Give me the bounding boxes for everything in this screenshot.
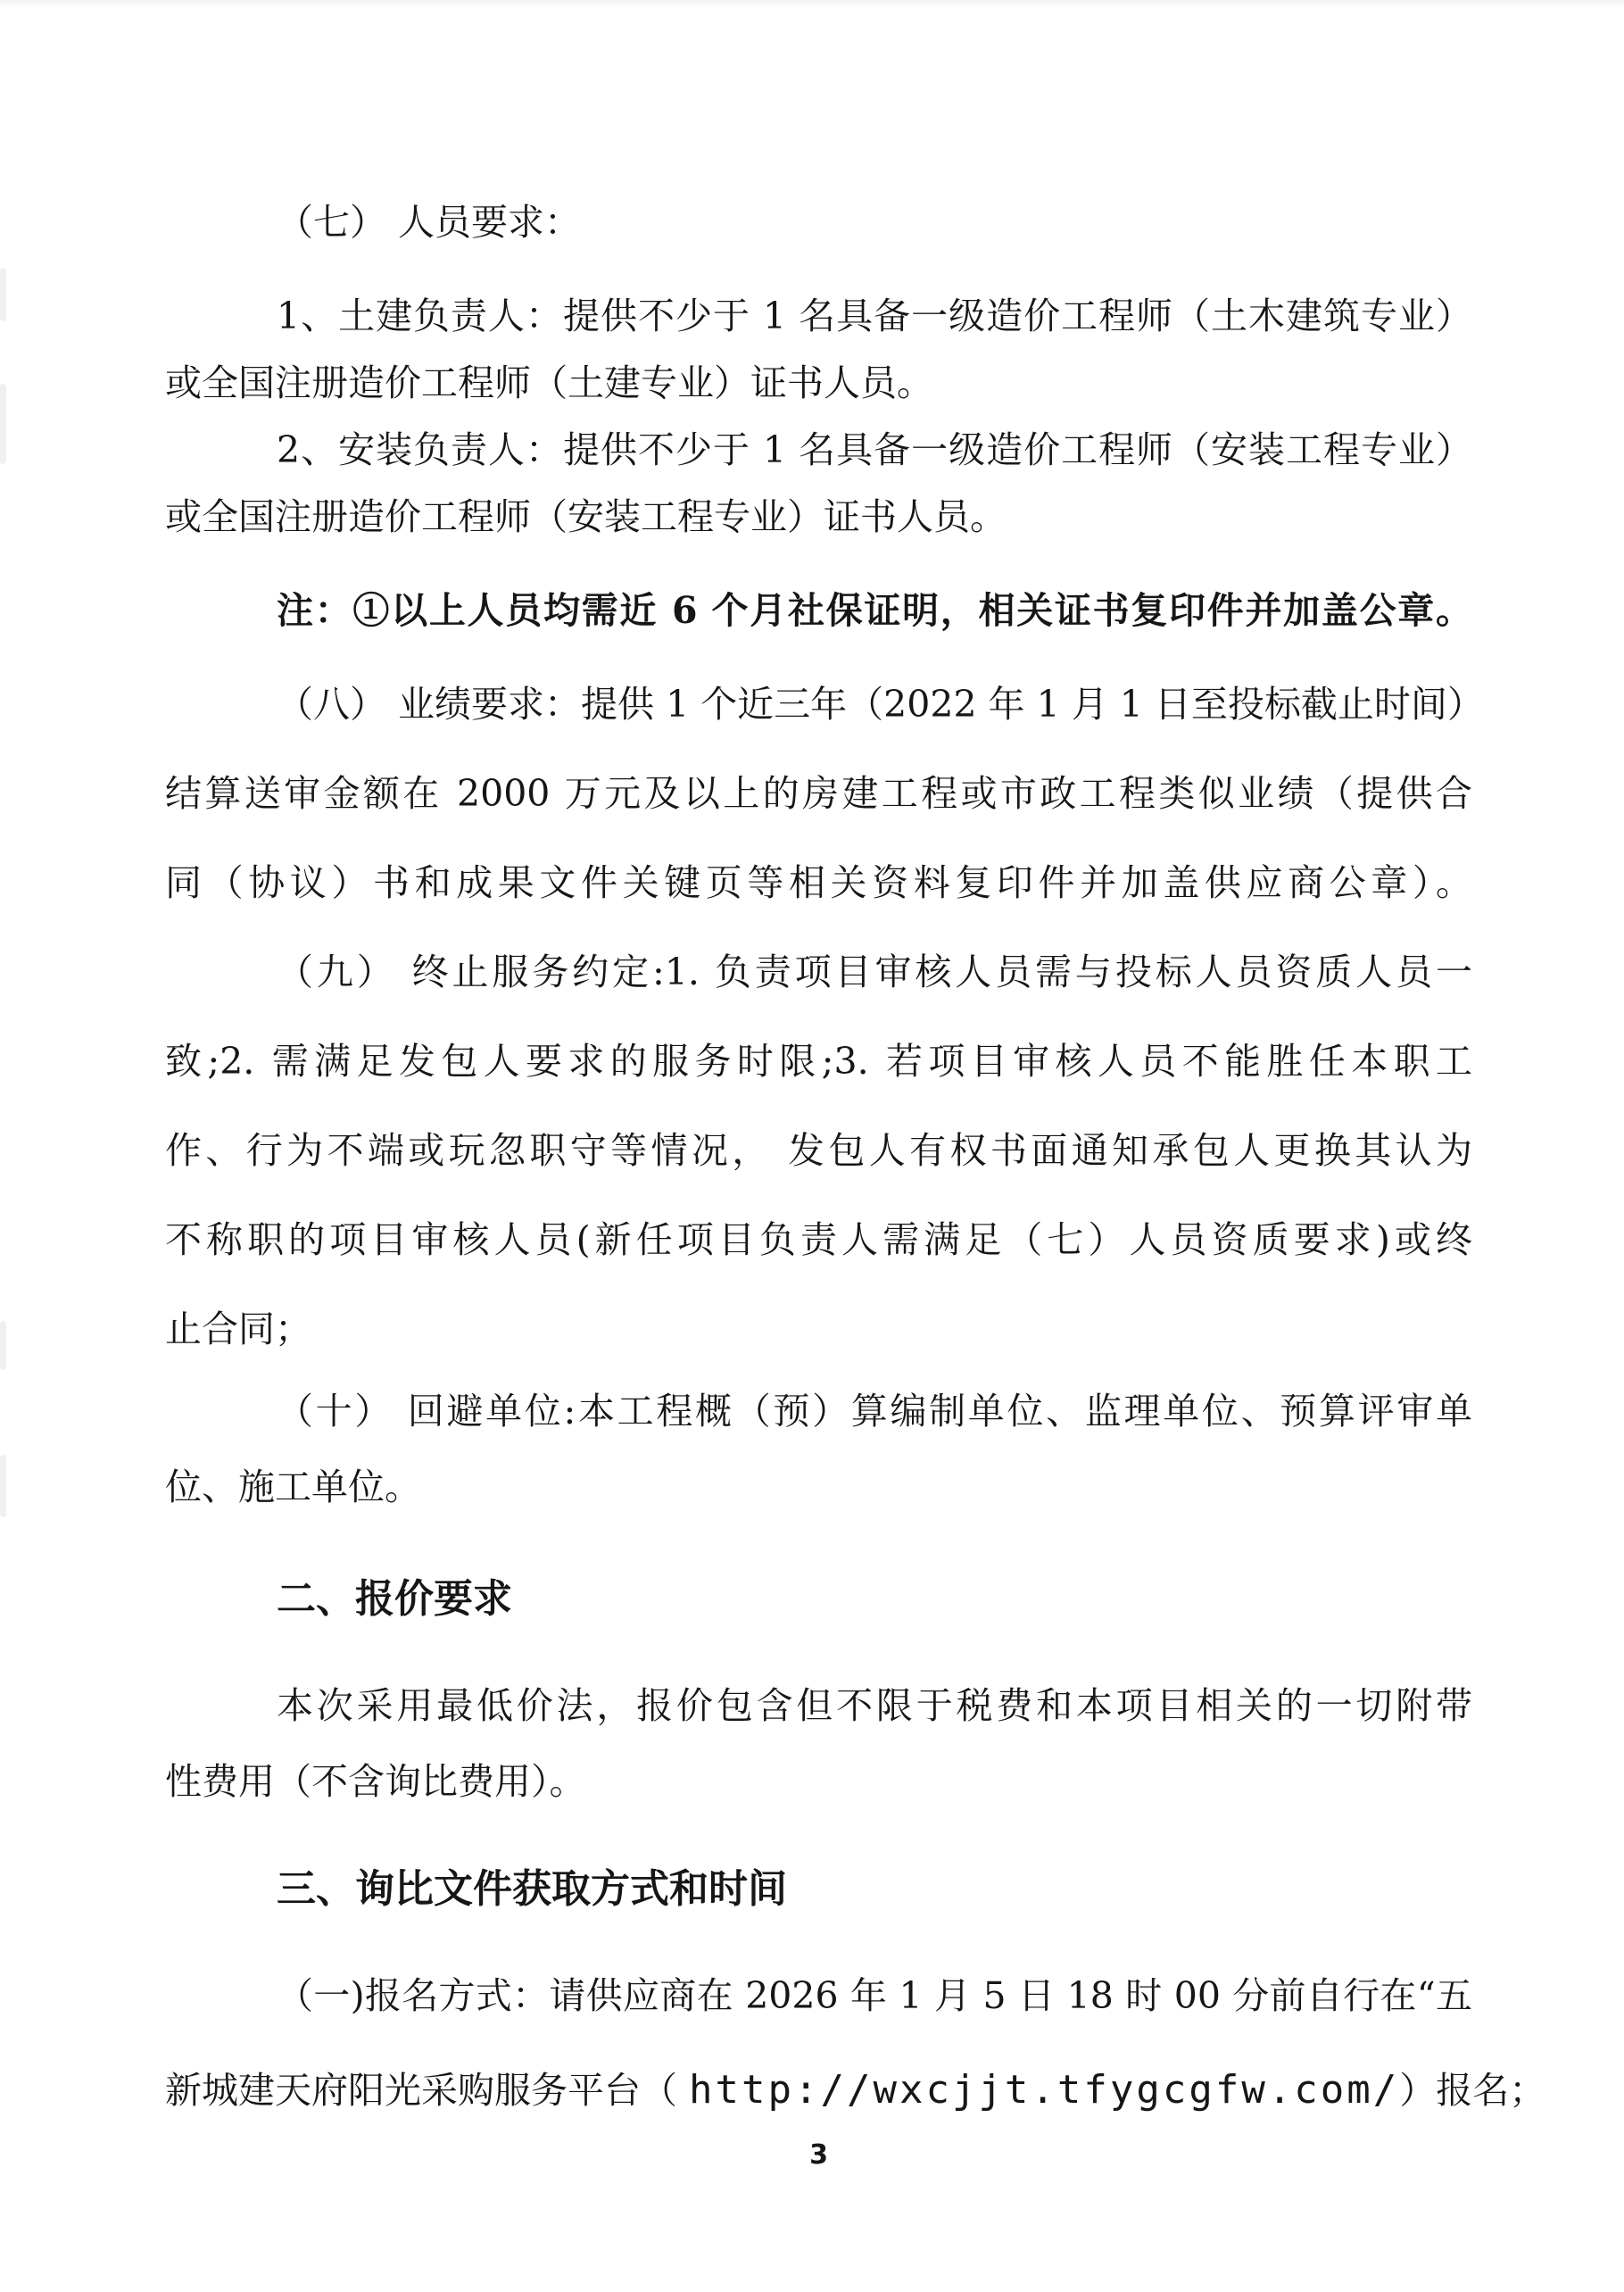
registration-platform-text: 新城建天府阳光采购服务平台（ [165, 2069, 689, 2112]
paragraph-termination-terms: （九） 终止服务约定:1. 负责项目审核人员需与投标人员资质人员一 致;2. 需… [165, 927, 1472, 1374]
section-3-heading-block: 三、询比文件获取方式和时间 [165, 1851, 1472, 1927]
document-page: （七） 人员要求： 1、土建负责人：提供不少于 1 名具备一级造价工程师（土木建… [0, 0, 1624, 2292]
page-content: （七） 人员要求： 1、土建负责人：提供不少于 1 名具备一级造价工程师（土木建… [165, 0, 1472, 2169]
paragraph-termination-line-2: 致;2. 需满足发包人要求的服务时限;3. 若项目审核人员不能胜任本职工 [165, 1017, 1472, 1106]
section-7-heading-block: （七） 人员要求： [165, 189, 1472, 256]
paragraph-install-lead-line-1: 2、安装负责人：提供不少于 1 名具备一级造价工程师（安装工程专业） [165, 417, 1472, 484]
paragraph-registration: （一)报名方式：请供应商在 2026 年 1 月 5 日 18 时 00 分前自… [165, 1949, 1472, 2138]
paragraph-termination-line-4: 不称职的项目审核人员(新任项目负责人需满足（七）人员资质要求)或终 [165, 1195, 1472, 1284]
paragraph-avoidance-line-1: （十） 回避单位:本工程概（预）算编制单位、监理单位、预算评审单 [165, 1374, 1472, 1449]
paragraph-avoidance-units: （十） 回避单位:本工程概（预）算编制单位、监理单位、预算评审单 位、施工单位。 [165, 1374, 1472, 1525]
paragraph-civil-lead-line-1: 1、土建负责人：提供不少于 1 名具备一级造价工程师（土木建筑专业） [165, 283, 1472, 350]
paragraph-avoidance-line-2: 位、施工单位。 [165, 1449, 1472, 1525]
scan-artifact [0, 384, 6, 464]
paragraph-install-lead-line-2: 或全国注册造价工程师（安装工程专业）证书人员。 [165, 484, 1472, 551]
note-line: 注：①以上人员均需近 6 个月社保证明，相关证书复印件并加盖公章。 [165, 577, 1472, 644]
paragraph-registration-line-2: 新城建天府阳光采购服务平台（ http://wxcjjt.tfygcgfw.co… [165, 2043, 1472, 2138]
paragraph-install-lead: 2、安装负责人：提供不少于 1 名具备一级造价工程师（安装工程专业） 或全国注册… [165, 417, 1472, 551]
section-2-heading: 二、报价要求 [165, 1561, 1472, 1637]
paragraph-performance-requirement: （八） 业绩要求：提供 1 个近三年（2022 年 1 月 1 日至投标截止时间… [165, 660, 1472, 927]
paragraph-termination-line-5: 止合同； [165, 1284, 1472, 1374]
paragraph-performance-line-2: 结算送审金额在 2000 万元及以上的房建工程或市政工程类似业绩（提供合 [165, 749, 1472, 838]
paragraph-pricing-line-1: 本次采用最低价法，报价包含但不限于税费和本项目相关的一切附带 [165, 1668, 1472, 1744]
section-3-heading: 三、询比文件获取方式和时间 [165, 1851, 1472, 1927]
registration-tail-text: ）报名； [1399, 2069, 1545, 2112]
scan-artifact [0, 1321, 6, 1370]
paragraph-pricing-line-2: 性费用（不含询比费用）。 [165, 1744, 1472, 1820]
paragraph-pricing: 本次采用最低价法，报价包含但不限于税费和本项目相关的一切附带 性费用（不含询比费… [165, 1668, 1472, 1820]
paragraph-performance-line-3: 同（协议）书和成果文件关键页等相关资料复印件并加盖供应商公章）。 [165, 838, 1472, 927]
paragraph-registration-line-1: （一)报名方式：请供应商在 2026 年 1 月 5 日 18 时 00 分前自… [165, 1949, 1472, 2043]
paragraph-performance-line-1: （八） 业绩要求：提供 1 个近三年（2022 年 1 月 1 日至投标截止时间… [165, 660, 1472, 749]
section-2-heading-block: 二、报价要求 [165, 1561, 1472, 1637]
note-block: 注：①以上人员均需近 6 个月社保证明，相关证书复印件并加盖公章。 [165, 577, 1472, 644]
scan-artifact [0, 268, 6, 321]
paragraph-termination-line-1: （九） 终止服务约定:1. 负责项目审核人员需与投标人员资质人员一 [165, 927, 1472, 1017]
paragraph-termination-line-3: 作、行为不端或玩忽职守等情况， 发包人有权书面通知承包人更换其认为 [165, 1106, 1472, 1195]
paragraph-civil-lead-line-2: 或全国注册造价工程师（土建专业）证书人员。 [165, 350, 1472, 417]
section-7-heading: （七） 人员要求： [165, 189, 1472, 256]
registration-url: http://wxcjjt.tfygcgfw.com/ [689, 2067, 1399, 2113]
scan-artifact [0, 1455, 6, 1517]
page-number: 3 [165, 2142, 1472, 2169]
paragraph-civil-lead: 1、土建负责人：提供不少于 1 名具备一级造价工程师（土木建筑专业） 或全国注册… [165, 283, 1472, 417]
